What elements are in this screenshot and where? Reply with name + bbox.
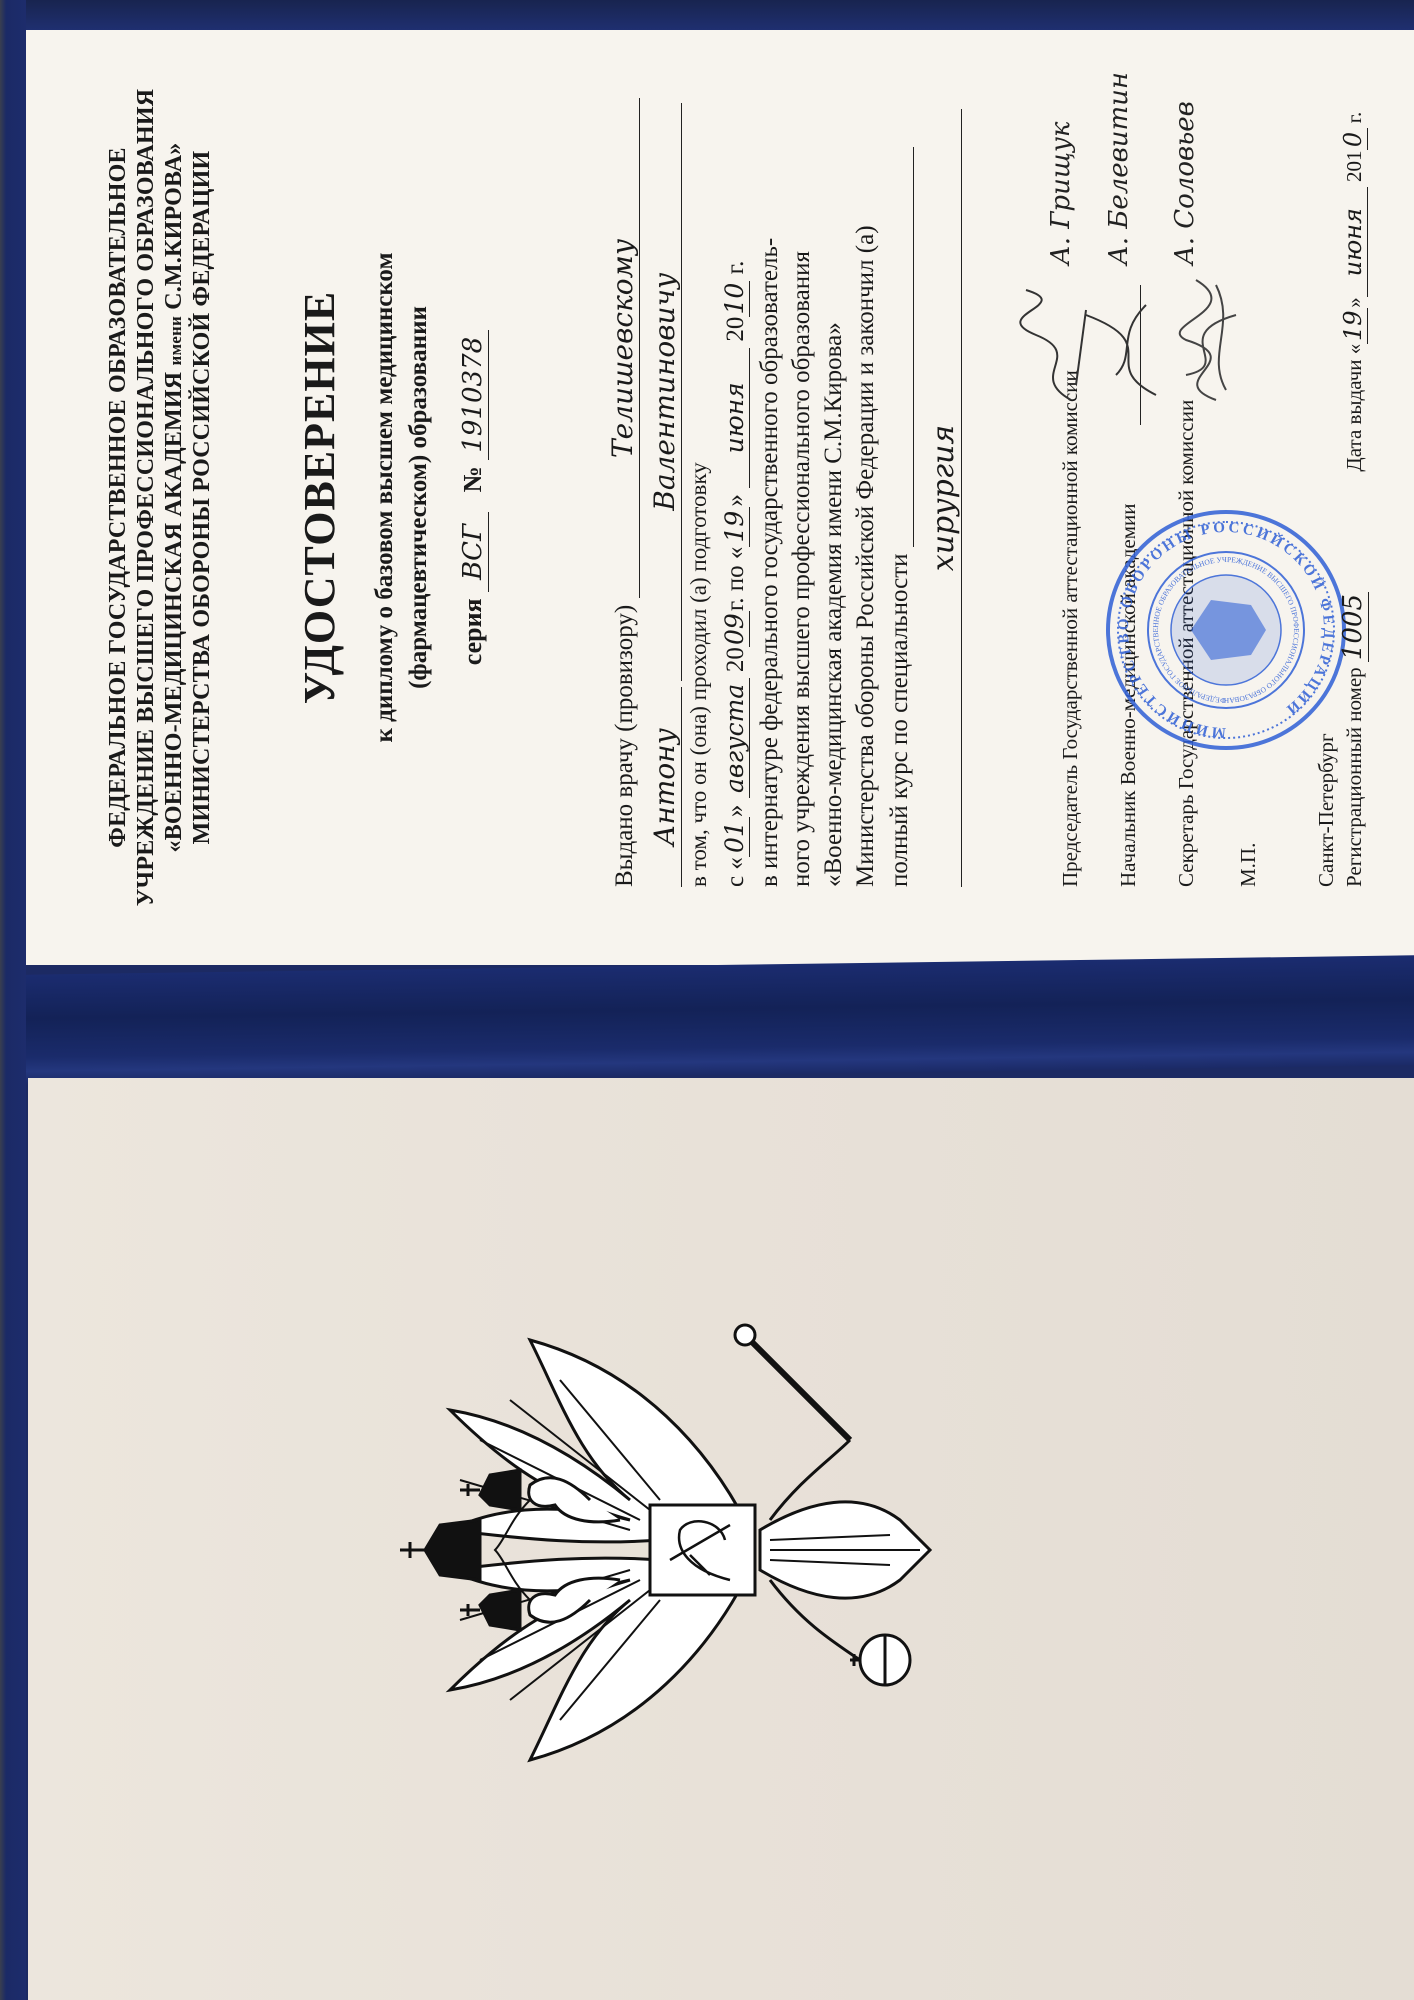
named-after: имени (166, 316, 185, 366)
body-line-4: Министерства обороны Российской Федераци… (852, 225, 880, 887)
period-to-year-prefix: 20 (722, 317, 749, 342)
signature-chairman-role: Председатель Государственной аттестацион… (1058, 370, 1083, 887)
official-stamp: МИНИСТЕРСТВО ОБОРОНЫ РОССИЙСКОЙ ФЕДЕРАЦИ… (1101, 505, 1351, 755)
issue-city: Санкт-Петербург (1314, 733, 1339, 887)
coat-of-arms-icon (330, 1200, 1030, 1900)
period-from-prefix: с « (722, 857, 749, 887)
issue-year-prefix: 201 (1342, 150, 1366, 182)
series-value: ВСГ (458, 512, 489, 592)
body-line-2: ного учреждения высшего профессиональног… (788, 251, 816, 887)
institution-header-line-2: УЧРЕЖДЕНИЕ ВЫСШЕГО ПРОФЕССИОНАЛЬНОГО ОБР… (132, 30, 160, 965)
body-line-5: полный курс по специальности (884, 147, 914, 887)
period-to-year: 10 (720, 281, 750, 317)
head-signature-scribble (1076, 295, 1166, 405)
cover-edge-top (0, 0, 1414, 30)
signature-chairman-name: А. Грищук (1046, 122, 1076, 265)
secretary-signature-scribble (1156, 275, 1256, 405)
period-from-year: 09 (720, 611, 750, 647)
document-subtitle-2: (фармацевтическом) образовании (402, 30, 436, 965)
number-label: № (458, 466, 487, 492)
period-to-day: 19 (720, 507, 750, 547)
seal-label: М.П. (1236, 843, 1261, 887)
certificate-page: ФЕДЕРАЛЬНОЕ ГОСУДАРСТВЕННОЕ ОБРАЗОВАТЕЛЬ… (26, 30, 1414, 965)
signature-head-name: А. Белевитин (1104, 72, 1134, 265)
issue-day: 19 (1339, 308, 1368, 344)
institution-header-line-1: ФЕДЕРАЛЬНОЕ ГОСУДАРСТВЕННОЕ ОБРАЗОВАТЕЛЬ… (104, 30, 132, 965)
body-line-3: «Военно-медицинская академия имени С.М.К… (820, 322, 848, 887)
training-intro: в том, что он (она) проходил (а) подгото… (686, 462, 712, 887)
cover-spine (26, 955, 1414, 1084)
issued-to-label: Выдано врачу (провизору) (611, 605, 638, 887)
issue-month: июня (1339, 187, 1368, 297)
recipient-first-name: Антону (648, 687, 682, 887)
series-number-row: серия ВСГ № 1910378 (458, 30, 489, 965)
registration-label: Регистрационный номер (1342, 667, 1366, 887)
institution-header-line-3: «ВОЕННО-МЕДИЦИНСКАЯ АКАДЕМИЯ имени С.М.К… (160, 30, 190, 965)
registration-row: Регистрационный номер 1005 Дата выдачи «… (1338, 112, 1369, 887)
signature-secretary-name: А. Соловьев (1170, 101, 1200, 265)
specialty-value: хирургия (926, 109, 962, 887)
document-subtitle-1: к диплому о базовом высшем медицинском (368, 30, 402, 965)
period-to-month: июня (720, 348, 750, 488)
recipient-patronymic: Валентиновичу (648, 103, 682, 681)
registration-number: 1005 (1338, 592, 1369, 662)
issue-suffix: г. (1342, 112, 1366, 124)
academy-patron: С.М.КИРОВА» (161, 143, 187, 310)
specialty-row: хирургия (926, 109, 962, 887)
academy-name: «ВОЕННО-МЕДИЦИНСКАЯ АКАДЕМИЯ (161, 372, 187, 853)
cover-edge-left (0, 0, 26, 2000)
period-suffix: г. (722, 261, 749, 275)
issued-to-row: Выдано врачу (провизору) Телишевскому (606, 98, 640, 887)
recipient-surname: Телишевскому (606, 98, 640, 598)
period-to-prefix: г. по « (722, 547, 749, 612)
certificate-content: ФЕДЕРАЛЬНОЕ ГОСУДАРСТВЕННОЕ ОБРАЗОВАТЕЛЬ… (26, 30, 1414, 965)
issue-year: 0 (1339, 128, 1368, 150)
institution-header-line-4: МИНИСТЕРСТВА ОБОРОНЫ РОССИЙСКОЙ ФЕДЕРАЦИ… (188, 30, 216, 965)
period-from-year-prefix: 20 (722, 647, 749, 672)
training-period-row: с «01» августа 2009г. по «19» июня 2010 … (720, 261, 750, 887)
period-from-month: августа (720, 678, 750, 798)
specialty-label: полный курс по специальности (886, 553, 913, 887)
recipient-name-row: Антону Валентиновичу (648, 103, 682, 887)
body-line-1: в интернатуре федерального государственн… (756, 238, 784, 887)
period-from-day: 01 (720, 817, 750, 857)
number-value: 1910378 (458, 330, 489, 460)
series-label: серия (458, 598, 487, 665)
issue-date-label: Дата выдачи « (1342, 344, 1366, 472)
document-title: УДОСТОВЕРЕНИЕ (294, 30, 345, 965)
